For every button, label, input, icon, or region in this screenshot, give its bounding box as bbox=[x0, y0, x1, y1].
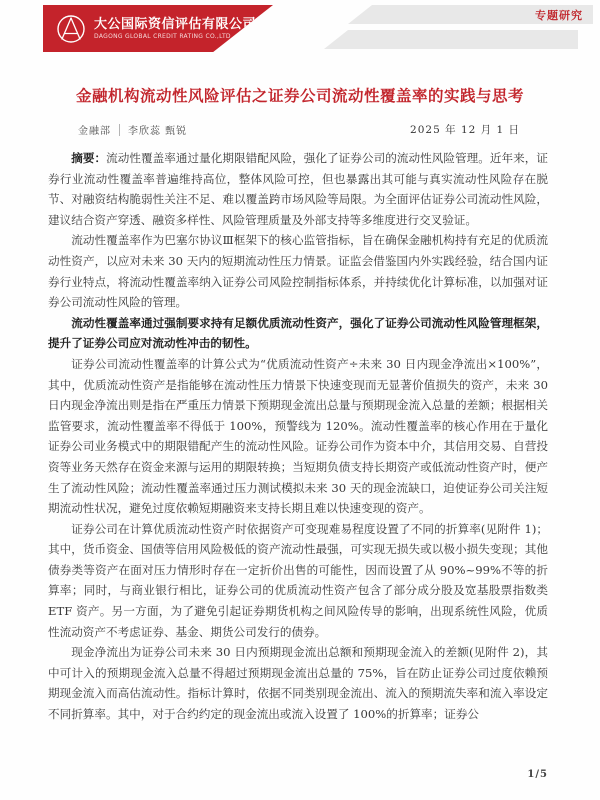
byline-separator bbox=[119, 124, 120, 136]
abstract-paragraph: 摘要：流动性覆盖率通过量化期限错配风险，强化了证券公司的流动性风险管理。近年来，… bbox=[48, 148, 548, 230]
report-title: 金融机构流动性风险评估之证券公司流动性覆盖率的实践与思考 bbox=[20, 84, 580, 106]
company-name-cn: 大公国际资信评估有限公司 bbox=[94, 18, 256, 31]
body-paragraph: 证券公司在计算优质流动性资产时依据资产可变现难易程度设置了不同的折算率(见附件 … bbox=[48, 519, 548, 643]
body-paragraph: 证券公司流动性覆盖率的计算公式为“优质流动性资产÷未来 30 日内现金净流出×1… bbox=[48, 354, 548, 519]
body-paragraph: 流动性覆盖率作为巴塞尔协议Ⅲ框架下的核心监管指标，旨在确保金融机构持有充足的优质… bbox=[48, 230, 548, 312]
abstract-text: 流动性覆盖率通过量化期限错配风险，强化了证券公司的流动性风险管理。近年来，证券行… bbox=[48, 151, 548, 227]
report-body: 摘要：流动性覆盖率通过量化期限错配风险，强化了证券公司的流动性风险管理。近年来，… bbox=[48, 148, 548, 725]
abstract-label: 摘要： bbox=[71, 151, 106, 165]
dagong-logo-icon bbox=[56, 14, 86, 44]
company-name-block: 大公国际资信评估有限公司 DAGONG GLOBAL CREDIT RATING… bbox=[94, 18, 256, 40]
body-paragraph: 现金净流出为证券公司未来 30 日内预期现金流出总额和预期现金流入的差额(见附件… bbox=[48, 642, 548, 724]
byline: 金融部 李欣蕊 甄锐 2025 年 12 月 1 日 bbox=[48, 122, 548, 137]
brand-banner: 大公国际资信评估有限公司 DAGONG GLOBAL CREDIT RATING… bbox=[43, 5, 273, 52]
department-label: 金融部 bbox=[78, 122, 111, 137]
authors-label: 李欣蕊 甄锐 bbox=[128, 122, 187, 137]
report-type-label: 专题研究 bbox=[535, 7, 593, 23]
report-date: 2025 年 12 月 1 日 bbox=[410, 122, 520, 137]
header-stripe-top: 专题研究 bbox=[348, 5, 593, 24]
body-paragraph-emphasis: 流动性覆盖率通过强制要求持有足额优质流动性资产，强化了证券公司流动性风险管理框架… bbox=[48, 313, 548, 354]
report-page: 大公国际资信评估有限公司 DAGONG GLOBAL CREDIT RATING… bbox=[0, 0, 600, 800]
page-number: 1/5 bbox=[527, 769, 548, 780]
company-name-en: DAGONG GLOBAL CREDIT RATING CO.,LTD bbox=[94, 34, 256, 40]
header-stripe-bottom bbox=[324, 30, 578, 49]
